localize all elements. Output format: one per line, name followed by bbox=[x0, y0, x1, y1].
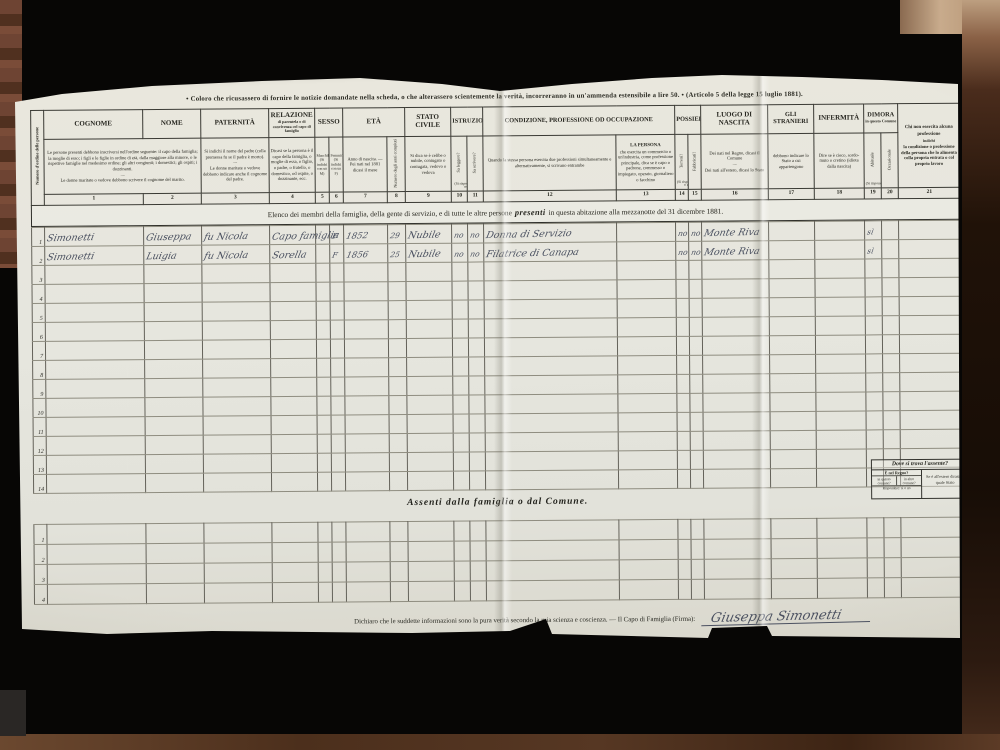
grid-cell bbox=[452, 319, 468, 338]
grid-cell bbox=[619, 539, 678, 559]
grid-cell bbox=[202, 321, 270, 341]
note-terreni: Terreni?(Si risponda sì, o no) bbox=[675, 134, 688, 189]
col-dimora: DIMORAin questo Comune bbox=[864, 104, 898, 133]
grid-cell: 7 bbox=[32, 341, 45, 360]
grid-cell bbox=[45, 322, 144, 342]
grid-cell: 19 bbox=[864, 188, 881, 199]
cell-anno-nascita: 1856 bbox=[344, 244, 388, 263]
grid-cell bbox=[468, 281, 484, 300]
grid-cell bbox=[45, 284, 144, 304]
grid-cell bbox=[485, 413, 618, 433]
grid-cell bbox=[408, 521, 454, 541]
grid-cell bbox=[390, 562, 408, 582]
cell-stato-civile: Nubile bbox=[406, 243, 452, 262]
grid-cell bbox=[390, 542, 408, 562]
cell-terreni: no bbox=[676, 222, 689, 241]
cell-anni: 25 bbox=[388, 244, 406, 263]
grid-cell bbox=[468, 262, 484, 281]
note-dimora-abituale: Abituale(Si risponda sì, o no) bbox=[864, 133, 881, 188]
grid-cell bbox=[406, 319, 452, 338]
grid-cell bbox=[452, 338, 468, 357]
grid-cell bbox=[690, 355, 703, 374]
grid-cell bbox=[899, 258, 961, 277]
grid-cell bbox=[453, 376, 469, 395]
cell-relazione: Sorella bbox=[270, 244, 316, 263]
grid-cell bbox=[703, 374, 770, 394]
grid-cell bbox=[202, 283, 270, 303]
grid-cell bbox=[407, 433, 453, 452]
grid-cell bbox=[204, 543, 272, 564]
column-header-table: Numero d'ordine delle persone COGNOME NO… bbox=[30, 103, 961, 206]
grid-cell bbox=[271, 415, 317, 434]
grid-cell: 16 bbox=[701, 189, 768, 201]
grid-cell bbox=[453, 414, 469, 433]
note-stranieri: debbono indicare lo Stato a cui apparten… bbox=[768, 133, 814, 188]
grid-cell bbox=[271, 396, 317, 415]
grid-cell bbox=[332, 582, 346, 602]
grid-cell bbox=[617, 279, 676, 298]
col-index: Numero d'ordine delle persone bbox=[31, 110, 45, 205]
note-eta-anno: Anno di nascita. — Pei nati nel 1881 dic… bbox=[343, 137, 387, 192]
grid-cell bbox=[883, 373, 900, 392]
grid-cell: 2 bbox=[143, 193, 201, 204]
grid-cell bbox=[900, 429, 962, 448]
grid-cell bbox=[677, 393, 690, 412]
grid-cell bbox=[389, 472, 407, 491]
grid-cell bbox=[407, 452, 453, 471]
grid-cell bbox=[330, 339, 344, 358]
grid-cell bbox=[815, 297, 865, 316]
grid-cell bbox=[272, 582, 318, 602]
grid-cell bbox=[900, 410, 962, 429]
photo-of-census-form: { "document_type": "Scheda di famiglia -… bbox=[0, 0, 1000, 750]
grid-cell bbox=[389, 453, 407, 472]
grid-cell bbox=[390, 582, 408, 602]
grid-cell bbox=[317, 415, 331, 434]
grid-cell bbox=[769, 335, 815, 354]
grid-cell bbox=[816, 411, 866, 430]
grid-cell bbox=[330, 320, 344, 339]
grid-cell bbox=[316, 320, 330, 339]
grid-cell bbox=[901, 577, 963, 597]
grid-cell bbox=[901, 557, 963, 577]
grid-cell bbox=[702, 279, 769, 299]
grid-cell bbox=[146, 583, 204, 603]
grid-cell bbox=[883, 354, 900, 373]
grid-cell bbox=[272, 542, 318, 562]
note-stato-civile: Si dica se è celibe o nubile, coniugato … bbox=[405, 136, 451, 191]
grid-cell bbox=[486, 540, 619, 561]
grid-cell bbox=[390, 522, 408, 542]
grid-cell bbox=[203, 416, 271, 436]
col-relazione: RELAZIONEdi parentela o di convivenza co… bbox=[269, 108, 315, 137]
cell-luogo-nascita: Monte Riva bbox=[702, 222, 769, 242]
grid-cell bbox=[346, 542, 390, 562]
grid-cell bbox=[389, 358, 407, 377]
col-istruzione: ISTRUZIONE bbox=[451, 107, 483, 136]
grid-cell bbox=[388, 339, 406, 358]
grid-cell: 11 bbox=[467, 191, 483, 202]
grid-cell bbox=[677, 431, 690, 450]
grid-cell bbox=[691, 579, 704, 599]
col-condizione: CONDIZIONE, PROFESSIONE OD OCCUPAZIONE bbox=[483, 105, 675, 136]
grid-cell bbox=[345, 396, 389, 415]
grid-cell: 8 bbox=[387, 192, 405, 203]
grid-cell: 9 bbox=[405, 191, 451, 202]
grid-cell bbox=[865, 316, 882, 335]
grid-cell bbox=[270, 282, 316, 301]
grid-cell: 10 bbox=[451, 191, 467, 202]
grid-cell bbox=[817, 538, 867, 558]
penalty-warning-line: • Coloro che ricusassero di fornire le n… bbox=[30, 90, 959, 104]
grid-cell bbox=[331, 396, 345, 415]
cell-dimora-abituale: sì bbox=[865, 221, 882, 240]
grid-cell bbox=[203, 359, 271, 379]
grid-cell bbox=[407, 414, 453, 433]
cell-sa-leggere: no bbox=[452, 224, 468, 243]
grid-cell bbox=[485, 470, 618, 490]
grid-cell bbox=[899, 277, 961, 296]
grid-cell bbox=[271, 453, 317, 472]
grid-cell bbox=[316, 244, 330, 263]
grid-cell bbox=[882, 316, 899, 335]
grid-cell bbox=[676, 317, 689, 336]
grid-cell bbox=[145, 416, 203, 435]
cell-luogo-nascita: Monte Riva bbox=[702, 241, 769, 261]
grid-cell bbox=[704, 559, 771, 580]
grid-cell bbox=[470, 541, 486, 561]
grid-cell bbox=[884, 558, 901, 578]
grid-cell bbox=[454, 581, 470, 601]
grid-cell bbox=[406, 262, 452, 281]
grid-cell bbox=[407, 471, 453, 490]
col-cognome: COGNOME bbox=[44, 110, 143, 140]
grid-cell bbox=[883, 430, 900, 449]
grid-cell bbox=[485, 356, 618, 376]
note-relazione: Dicasi se la persona è il capo della fam… bbox=[269, 137, 315, 192]
grid-cell bbox=[346, 582, 390, 602]
cell-paternita: fu Nicola bbox=[202, 245, 270, 265]
grid-cell bbox=[617, 222, 676, 241]
grid-cell bbox=[344, 320, 388, 339]
grid-cell bbox=[884, 518, 901, 538]
grid-cell bbox=[485, 451, 618, 471]
grid-cell: 8 bbox=[33, 360, 46, 379]
grid-cell bbox=[330, 282, 344, 301]
grid-cell bbox=[816, 430, 866, 449]
col-luogo-nascita: LUOGO DI NASCITA bbox=[701, 105, 768, 135]
grid-cell bbox=[770, 468, 816, 487]
grid-cell bbox=[406, 300, 452, 319]
grid-cell: 13 bbox=[616, 189, 675, 200]
note-sa-scrivere: Sa scrivere? bbox=[467, 136, 483, 191]
grid-cell bbox=[689, 279, 702, 298]
grid-cell bbox=[203, 435, 271, 455]
grid-cell bbox=[344, 339, 388, 358]
note-paternita: Si indichi il nome del padre (colla prem… bbox=[201, 138, 269, 194]
grid-cell bbox=[330, 301, 344, 320]
grid-cell bbox=[815, 259, 865, 278]
grid-cell bbox=[617, 336, 676, 355]
grid-cell bbox=[899, 315, 961, 334]
grid-cell bbox=[816, 373, 866, 392]
grid-cell bbox=[676, 260, 689, 279]
grid-cell bbox=[900, 372, 962, 391]
grid-cell bbox=[689, 317, 702, 336]
grid-cell bbox=[146, 563, 204, 583]
col-sesso: SESSO bbox=[315, 108, 343, 137]
grid-cell bbox=[865, 297, 882, 316]
grid-cell bbox=[882, 297, 899, 316]
grid-cell bbox=[317, 358, 331, 377]
grid-cell: 12 bbox=[483, 190, 616, 202]
grid-cell bbox=[271, 434, 317, 453]
grid-cell bbox=[344, 282, 388, 301]
presenti-table: 1 Simonetti Giuseppa fu Nicola Capo fami… bbox=[31, 220, 963, 494]
grid-cell bbox=[770, 354, 816, 373]
grid-cell bbox=[454, 561, 470, 581]
grid-cell bbox=[703, 431, 770, 451]
grid-cell bbox=[899, 296, 961, 315]
grid-cell bbox=[484, 261, 617, 281]
grid-cell bbox=[453, 395, 469, 414]
grid-cell bbox=[882, 240, 899, 259]
grid-cell bbox=[45, 303, 144, 323]
grid-cell: 2 bbox=[32, 246, 45, 265]
grid-cell bbox=[619, 559, 678, 579]
grid-cell bbox=[618, 431, 677, 450]
grid-cell bbox=[270, 263, 316, 282]
grid-cell bbox=[866, 411, 883, 430]
grid-cell bbox=[865, 335, 882, 354]
grid-cell bbox=[619, 579, 678, 599]
wood-frame-right bbox=[962, 0, 1000, 750]
grid-cell bbox=[486, 560, 619, 581]
grid-cell: 3 bbox=[32, 265, 45, 284]
grid-cell bbox=[469, 452, 485, 471]
grid-cell bbox=[406, 338, 452, 357]
grid-cell bbox=[771, 558, 817, 578]
cell-professione: Filatrice di Canapa bbox=[484, 242, 617, 262]
note-eta-anni: Numero degli anni compiuti bbox=[387, 137, 405, 192]
grid-cell bbox=[316, 282, 330, 301]
cell-fabbricati: no bbox=[689, 241, 702, 260]
grid-cell bbox=[690, 431, 703, 450]
grid-cell: 15 bbox=[688, 189, 701, 200]
note-persone: Le persone presenti debbono inscriversi … bbox=[44, 138, 201, 194]
grid-cell bbox=[484, 318, 617, 338]
note-fabbricati: Fabbricati? bbox=[688, 134, 701, 189]
grid-cell bbox=[388, 301, 406, 320]
note-infermita: Dire se è cieco, sordo-muto o cretino (i… bbox=[814, 133, 864, 188]
grid-cell bbox=[453, 357, 469, 376]
cell-cognome: Simonetti bbox=[45, 227, 144, 247]
grid-cell bbox=[270, 320, 316, 339]
grid-cell bbox=[676, 279, 689, 298]
cell-paternita: fu Nicola bbox=[202, 226, 270, 246]
grid-cell bbox=[454, 521, 470, 541]
grid-cell bbox=[144, 302, 202, 321]
grid-cell bbox=[46, 398, 145, 418]
grid-cell bbox=[468, 300, 484, 319]
grid-cell bbox=[817, 578, 867, 598]
grid-cell bbox=[407, 357, 453, 376]
grid-cell bbox=[704, 519, 771, 540]
grid-cell bbox=[270, 339, 316, 358]
grid-cell bbox=[46, 474, 145, 494]
grid-cell bbox=[331, 472, 345, 491]
grid-cell bbox=[689, 298, 702, 317]
grid-cell bbox=[388, 263, 406, 282]
grid-cell bbox=[899, 334, 961, 353]
grid-cell: 17 bbox=[768, 188, 814, 199]
grid-cell bbox=[272, 522, 318, 542]
grid-cell bbox=[900, 353, 962, 372]
grid-cell bbox=[316, 301, 330, 320]
grid-cell bbox=[618, 412, 677, 431]
grid-cell bbox=[866, 392, 883, 411]
form-content: • Coloro che ricusassero di fornire le n… bbox=[30, 88, 963, 630]
grid-cell bbox=[203, 454, 271, 474]
grid-cell bbox=[331, 377, 345, 396]
grid-cell bbox=[484, 299, 617, 319]
grid-cell bbox=[204, 563, 272, 584]
grid-cell: 1 bbox=[34, 524, 47, 544]
grid-cell bbox=[678, 519, 691, 539]
grid-cell bbox=[332, 542, 346, 562]
grid-cell bbox=[145, 359, 203, 378]
grid-cell bbox=[617, 317, 676, 336]
grid-cell bbox=[865, 278, 882, 297]
questo-comune-label: in questo comune? bbox=[872, 476, 897, 485]
grid-cell bbox=[867, 538, 884, 558]
grid-cell bbox=[46, 379, 145, 399]
grid-cell: 12 bbox=[33, 436, 46, 455]
grid-cell bbox=[408, 581, 454, 601]
grid-cell bbox=[318, 522, 332, 542]
grid-cell bbox=[46, 360, 145, 380]
grid-cell bbox=[486, 580, 619, 601]
cell-sa-scrivere: no bbox=[468, 243, 484, 262]
grid-cell: 4 bbox=[32, 284, 45, 303]
wood-frame-bottom bbox=[0, 734, 1000, 750]
grid-cell bbox=[469, 433, 485, 452]
grid-cell bbox=[691, 519, 704, 539]
grid-cell bbox=[901, 517, 963, 537]
grid-cell bbox=[469, 414, 485, 433]
grid-cell bbox=[407, 376, 453, 395]
grid-cell bbox=[46, 417, 145, 437]
grid-cell bbox=[678, 559, 691, 579]
grid-cell bbox=[345, 453, 389, 472]
col-possiede: POSSIEDE bbox=[675, 105, 701, 134]
grid-cell: 1 bbox=[44, 194, 143, 206]
col-paternita: PATERNITÀ bbox=[201, 109, 269, 139]
grid-cell bbox=[691, 559, 704, 579]
grid-cell bbox=[883, 411, 900, 430]
grid-cell bbox=[703, 469, 770, 489]
grid-cell bbox=[618, 469, 677, 488]
note-sa-leggere: Sa leggere?(Si risponda sì, o no) bbox=[451, 136, 467, 191]
grid-cell bbox=[703, 450, 770, 470]
grid-cell bbox=[345, 472, 389, 491]
grid-cell: 11 bbox=[33, 417, 46, 436]
grid-cell: 9 bbox=[33, 379, 46, 398]
grid-cell bbox=[770, 373, 816, 392]
grid-cell bbox=[452, 262, 468, 281]
grid-cell bbox=[271, 358, 317, 377]
grid-cell bbox=[867, 558, 884, 578]
grid-cell bbox=[619, 519, 678, 539]
grid-cell bbox=[677, 469, 690, 488]
grid-cell bbox=[389, 434, 407, 453]
grid-cell bbox=[452, 281, 468, 300]
cell-anni: 29 bbox=[388, 225, 406, 244]
grid-cell bbox=[865, 259, 882, 278]
grid-cell bbox=[145, 435, 203, 454]
col-chi-non-esercita: Chi non esercita alcuna professioneindic… bbox=[898, 103, 961, 187]
grid-cell bbox=[316, 263, 330, 282]
grid-cell: 6 bbox=[32, 322, 45, 341]
grid-cell bbox=[817, 558, 867, 578]
grid-cell bbox=[408, 541, 454, 561]
grid-cell bbox=[676, 298, 689, 317]
declaration-line: Dichiaro che le suddette informazioni so… bbox=[34, 609, 963, 630]
grid-cell bbox=[270, 301, 316, 320]
grid-cell: 6 bbox=[329, 192, 343, 203]
grid-cell bbox=[202, 264, 270, 284]
grid-cell bbox=[146, 543, 204, 563]
grid-cell: 14 bbox=[33, 474, 46, 493]
grid-cell bbox=[316, 339, 330, 358]
grid-cell bbox=[469, 395, 485, 414]
grid-cell bbox=[331, 434, 345, 453]
grid-cell: 4 bbox=[269, 192, 315, 203]
grid-cell bbox=[769, 240, 815, 259]
grid-cell bbox=[690, 412, 703, 431]
grid-cell bbox=[202, 340, 270, 360]
grid-cell bbox=[689, 336, 702, 355]
grid-cell bbox=[144, 340, 202, 359]
grid-cell bbox=[317, 377, 331, 396]
grid-cell bbox=[617, 260, 676, 279]
grid-cell bbox=[900, 391, 962, 410]
grid-cell bbox=[47, 524, 146, 545]
cell-sa-leggere: no bbox=[452, 243, 468, 262]
grid-cell bbox=[677, 355, 690, 374]
grid-cell bbox=[815, 316, 865, 335]
cell-sesso: F bbox=[330, 244, 344, 263]
grid-cell bbox=[452, 300, 468, 319]
grid-cell bbox=[389, 396, 407, 415]
grid-cell bbox=[769, 316, 815, 335]
grid-cell bbox=[470, 581, 486, 601]
grid-cell bbox=[407, 395, 453, 414]
grid-cell bbox=[317, 434, 331, 453]
grid-cell bbox=[884, 538, 901, 558]
grid-cell bbox=[618, 355, 677, 374]
grid-cell bbox=[676, 336, 689, 355]
grid-cell bbox=[346, 522, 390, 542]
grid-cell bbox=[145, 397, 203, 416]
col-eta: ETÀ bbox=[343, 108, 405, 137]
note-condizione-b: LA PERSONAche esercita un commercio o un… bbox=[616, 134, 675, 189]
grid-cell bbox=[344, 263, 388, 282]
grid-cell bbox=[344, 301, 388, 320]
grid-cell bbox=[454, 541, 470, 561]
cell-sa-scrivere: no bbox=[468, 224, 484, 243]
altro-comune-label: in altro comune? bbox=[897, 476, 921, 485]
